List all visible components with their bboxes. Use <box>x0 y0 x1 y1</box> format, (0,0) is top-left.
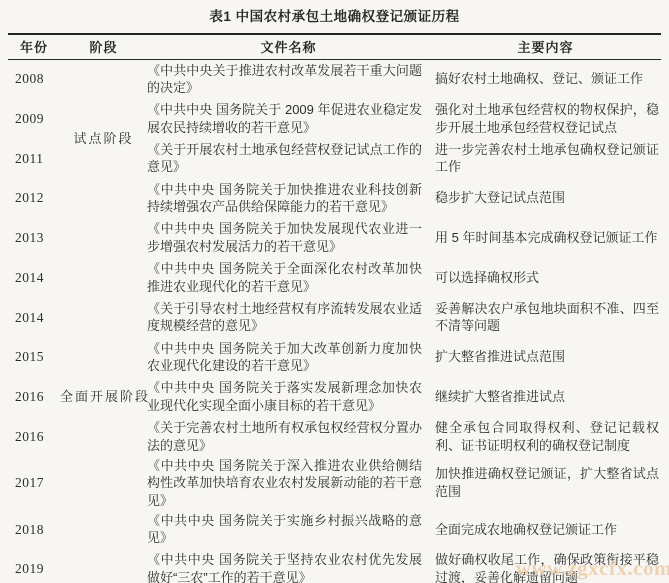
year-cell: 2019 <box>8 549 60 583</box>
stage-cell <box>60 59 147 99</box>
stage-cell <box>60 549 147 583</box>
policy-history-table: 年份 阶段 文件名称 主要内容 2008《中共中央关于推进农村改革发展若干重大问… <box>8 33 661 583</box>
content-cell: 强化对土地承包经营权的物权保护，稳步开展土地承包经营权登记试点 <box>430 99 661 139</box>
header-row: 年份 阶段 文件名称 主要内容 <box>8 34 661 59</box>
col-header-content: 主要内容 <box>430 34 661 59</box>
table-row: 2018《中共中央 国务院关于实施乡村振兴战略的意见》全面完成农地确权登记颁证工… <box>8 509 661 549</box>
year-cell: 2008 <box>8 59 60 99</box>
table-body: 2008《中共中央关于推进农村改革发展若干重大问题的决定》搞好农村土地确权、登记… <box>8 59 661 583</box>
doc-cell: 《中共中央 国务院关于加快推进农业科技创新持续增强农产品供给保障能力的若干意见》 <box>147 178 430 218</box>
table-row: 2014《中共中央 国务院关于全面深化农村改革加快推进农业现代化的若干意见》可以… <box>8 258 661 298</box>
table-title: 表1 中国农村承包土地确权登记颁证历程 <box>0 0 669 33</box>
stage-cell: 试点阶段 <box>60 99 147 179</box>
doc-cell: 《中共中央 国务院关于深入推进农业供给侧结构性改革加快培育农业农村发展新动能的若… <box>147 457 430 510</box>
content-cell: 加快推进确权登记颁证，扩大整省试点范围 <box>430 457 661 510</box>
table-row: 2016全面开展阶段《中共中央 国务院关于落实发展新理念加快农业现代化实现全面小… <box>8 377 661 417</box>
col-header-year: 年份 <box>8 34 60 59</box>
content-cell: 健全承包合同取得权利、登记记载权利、证书证明权利的确权登记制度 <box>430 417 661 457</box>
content-cell: 做好确权收尾工作，确保政策衔接平稳过渡，妥善化解遗留问题 <box>430 549 661 583</box>
doc-cell: 《中共中央关于推进农村改革发展若干重大问题的决定》 <box>147 59 430 99</box>
year-cell: 2016 <box>8 377 60 417</box>
doc-cell: 《中共中央 国务院关于实施乡村振兴战略的意见》 <box>147 509 430 549</box>
table-row: 2014《关于引导农村土地经营权有序流转发展农业适度规模经营的意见》妥善解决农户… <box>8 298 661 338</box>
year-cell: 2016 <box>8 417 60 457</box>
year-cell: 2018 <box>8 509 60 549</box>
content-cell: 妥善解决农户承包地块面积不准、四至不清等问题 <box>430 298 661 338</box>
doc-cell: 《关于完善农村土地所有权承包权经营权分置办法的意见》 <box>147 417 430 457</box>
col-header-doc: 文件名称 <box>147 34 430 59</box>
content-cell: 扩大整省推进试点范围 <box>430 337 661 377</box>
year-cell: 2012 <box>8 178 60 218</box>
doc-cell: 《关于开展农村土地承包经营权登记试点工作的意见》 <box>147 139 430 179</box>
content-cell: 可以选择确权形式 <box>430 258 661 298</box>
stage-cell <box>60 457 147 510</box>
year-cell: 2015 <box>8 337 60 377</box>
stage-cell <box>60 337 147 377</box>
doc-cell: 《关于引导农村土地经营权有序流转发展农业适度规模经营的意见》 <box>147 298 430 338</box>
content-cell: 继续扩大整省推进试点 <box>430 377 661 417</box>
doc-cell: 《中共中央 国务院关于加快发展现代农业进一步增强农村发展活力的若干意见》 <box>147 218 430 258</box>
content-cell: 稳步扩大登记试点范围 <box>430 178 661 218</box>
table-row: 2012《中共中央 国务院关于加快推进农业科技创新持续增强农产品供给保障能力的若… <box>8 178 661 218</box>
content-cell: 搞好农村土地确权、登记、颁证工作 <box>430 59 661 99</box>
table-header: 年份 阶段 文件名称 主要内容 <box>8 34 661 59</box>
doc-cell: 《中共中央 国务院关于落实发展新理念加快农业现代化实现全面小康目标的若干意见》 <box>147 377 430 417</box>
table-row: 2015《中共中央 国务院关于加大改革创新力度加快农业现代化建设的若干意见》扩大… <box>8 337 661 377</box>
document-page: 表1 中国农村承包土地确权登记颁证历程 年份 阶段 文件名称 主要内容 2008… <box>0 0 669 583</box>
table-row: 2009试点阶段《中共中央 国务院关于 2009 年促进农业稳定发展农民持续增收… <box>8 99 661 139</box>
content-cell: 全面完成农地确权登记颁证工作 <box>430 509 661 549</box>
stage-cell <box>60 509 147 549</box>
stage-cell <box>60 298 147 338</box>
stage-cell <box>60 258 147 298</box>
table-row: 2013《中共中央 国务院关于加快发展现代农业进一步增强农村发展活力的若干意见》… <box>8 218 661 258</box>
table-row: 2017《中共中央 国务院关于深入推进农业供给侧结构性改革加快培育农业农村发展新… <box>8 457 661 510</box>
table-row: 2016《关于完善农村土地所有权承包权经营权分置办法的意见》健全承包合同取得权利… <box>8 417 661 457</box>
year-cell: 2011 <box>8 139 60 179</box>
col-header-stage: 阶段 <box>60 34 147 59</box>
year-cell: 2014 <box>8 258 60 298</box>
stage-cell <box>60 218 147 258</box>
doc-cell: 《中共中央 国务院关于全面深化农村改革加快推进农业现代化的若干意见》 <box>147 258 430 298</box>
table-row: 2008《中共中央关于推进农村改革发展若干重大问题的决定》搞好农村土地确权、登记… <box>8 59 661 99</box>
doc-cell: 《中共中央 国务院关于加大改革创新力度加快农业现代化建设的若干意见》 <box>147 337 430 377</box>
year-cell: 2013 <box>8 218 60 258</box>
content-cell: 进一步完善农村土地承包确权登记颁证工作 <box>430 139 661 179</box>
doc-cell: 《中共中央 国务院关于坚持农业农村优先发展做好“三农”工作的若干意见》 <box>147 549 430 583</box>
stage-cell <box>60 178 147 218</box>
doc-cell: 《中共中央 国务院关于 2009 年促进农业稳定发展农民持续增收的若干意见》 <box>147 99 430 139</box>
table-row: 2019《中共中央 国务院关于坚持农业农村优先发展做好“三农”工作的若干意见》做… <box>8 549 661 583</box>
stage-cell <box>60 417 147 457</box>
year-cell: 2014 <box>8 298 60 338</box>
stage-cell: 全面开展阶段 <box>60 377 147 417</box>
year-cell: 2009 <box>8 99 60 139</box>
content-cell: 用 5 年时间基本完成确权登记颁证工作 <box>430 218 661 258</box>
year-cell: 2017 <box>8 457 60 510</box>
